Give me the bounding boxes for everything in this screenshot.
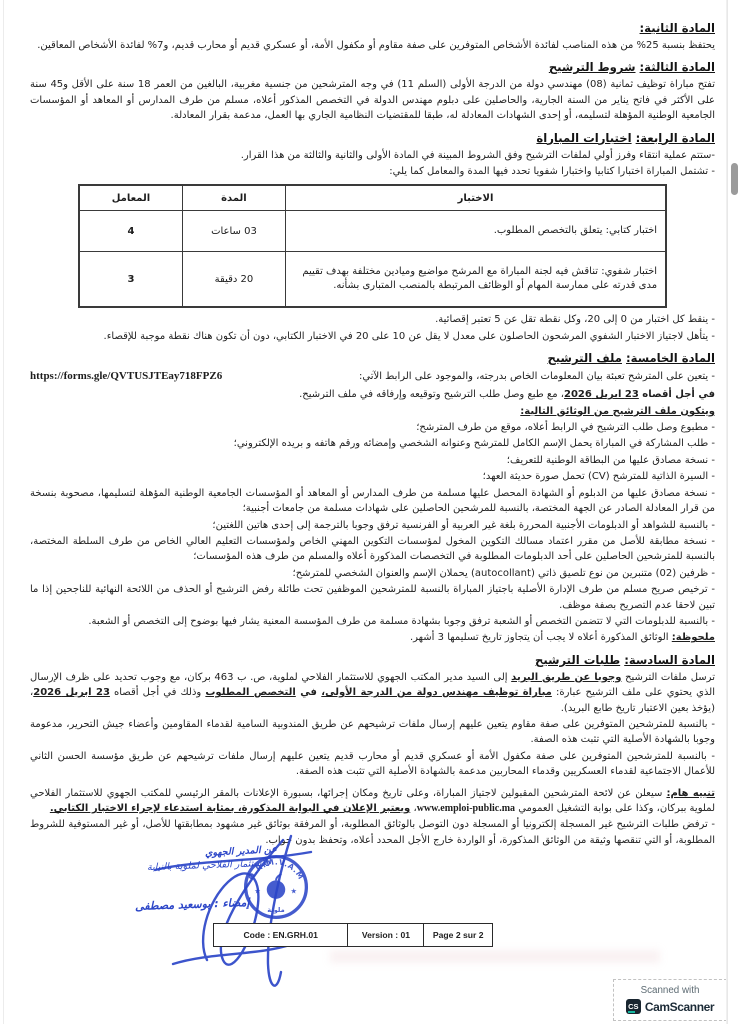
article2-heading: المادة الثانية: xyxy=(30,21,715,35)
article5-subtitle: ملف الترشيح xyxy=(547,351,622,365)
list-item: - نسخة مصادق عليها من الدبلوم أو الشهادة… xyxy=(30,486,715,517)
article6-heading-label: المادة السادسة: xyxy=(624,653,715,667)
document-footer-table: Code : EN.GRH.01 Version : 01 Page 2 sur… xyxy=(213,923,493,947)
exam-table-col-test: الاختبار xyxy=(285,185,666,211)
list-item: - السيرة الذاتية للمترشح (CV) تحمل صورة … xyxy=(30,469,715,484)
table-row: اختبار شفوي: تناقش فيه لجنة المباراة مع … xyxy=(79,252,666,308)
exam-written-duration: 03 ساعات xyxy=(182,211,285,252)
scanned-document-page: المادة الثانية: يحتفظ بنسبة 25% من هذه ا… xyxy=(0,0,741,1024)
form-link-line: - يتعين على المترشح تعبئة بيان المعلومات… xyxy=(30,368,715,385)
exam-table-col-duration: المدة xyxy=(182,185,285,211)
article4-bullet: - تشتمل المباراة اختبارا كتابيا واختبارا… xyxy=(30,164,715,179)
list-item: - بالنسبة للدبلومات التي لا تتضمن التخصص… xyxy=(30,614,715,629)
list-item: - مطبوع وصل طلب الترشيح في الرابط أعلاه،… xyxy=(30,420,715,435)
article4-subtitle: اختبارات المباراة xyxy=(536,131,631,145)
form-link-intro: - يتعين على المترشح تعبئة بيان المعلومات… xyxy=(359,369,715,385)
article4-bullet: -ستتم عملية انتقاء وفرز أولي لملفات التر… xyxy=(30,148,715,163)
article4-heading-label: المادة الرابعة: xyxy=(636,131,715,145)
important-notice: تنبيه هام: سيعلن عن لائحة المترشحين المق… xyxy=(30,786,715,817)
deadline-date: 23 ابريل 2026 xyxy=(564,389,639,400)
exam-written-test: اختبار كتابي: يتعلق بالتخصص المطلوب. xyxy=(285,211,666,252)
scan-artifact xyxy=(330,950,660,963)
rejection-clause: - ترفض طلبات الترشيح غير المسجلة إلكترون… xyxy=(30,817,715,848)
deadline-line: في أجل أقصاه 23 ابريل 2026، مع طبع وصل ط… xyxy=(30,387,715,402)
docs-note-label: ملحوظة: xyxy=(672,632,715,643)
article2-body: يحتفظ بنسبة 25% من هذه المناصب لفائدة ال… xyxy=(30,38,715,53)
article2-heading-label: المادة الثانية: xyxy=(640,21,715,35)
deadline-suffix: ، مع طبع وصل طلب الترشيح وتوقيعه وإرفاقه… xyxy=(299,389,564,400)
camscanner-icon: CS xyxy=(626,999,641,1014)
notice-label: تنبيه هام: xyxy=(666,788,715,799)
footer-page-number: Page 2 sur 2 xyxy=(424,924,492,946)
docs-note: ملحوظة: الوثائق المذكورة أعلاه لا يجب أن… xyxy=(30,630,715,645)
mail-deadline-date: 23 ابريل 2026 xyxy=(33,687,110,698)
page-right-edge xyxy=(726,0,728,1024)
exam-table-col-coef: المعامل xyxy=(79,185,183,211)
article5-heading-label: المادة الخامسة: xyxy=(626,351,715,365)
form-url: https://forms.gle/QVTUSJTEay718FPZ6 xyxy=(30,368,222,384)
article5-heading: المادة الخامسة: ملف الترشيح xyxy=(30,351,715,365)
portal-url: www.emploi-public.ma xyxy=(417,803,515,814)
footer-version: Version : 01 xyxy=(348,924,424,946)
scanned-with-label: Scanned with xyxy=(620,985,720,996)
list-item: - ظرفين (02) متنبرين من نوع تلصيق ذاتي (… xyxy=(30,566,715,581)
article6-subtitle: طلبات الترشيح xyxy=(535,653,620,667)
docs-title: ويتكون ملف الترشيح من الوثائق التالية: xyxy=(30,404,715,419)
deadline-prefix: في أجل أقصاه xyxy=(639,389,715,400)
camscanner-brand-label: CamScanner xyxy=(645,1000,714,1014)
list-item: - نسخة مطابقة للأصل من مقرر اعتماد مسالك… xyxy=(30,534,715,565)
article3-subtitle: شروط الترشيح xyxy=(549,60,636,74)
docs-note-text: الوثائق المذكورة أعلاه لا يجب أن يتجاوز … xyxy=(410,632,672,643)
article4-note: - ينقط كل اختبار من 0 إلى 20، وكل نقطة ت… xyxy=(30,312,715,327)
list-item: - طلب المشاركة في المباراة يحمل الإسم ال… xyxy=(30,436,715,451)
article4-heading: المادة الرابعة: اختبارات المباراة xyxy=(30,131,715,145)
table-row: اختبار كتابي: يتعلق بالتخصص المطلوب. 03 … xyxy=(79,211,666,252)
exam-oral-duration: 20 دقيقة xyxy=(182,252,285,308)
exam-table-header-row: الاختبار المدة المعامل xyxy=(79,185,666,211)
scrollbar-thumb[interactable] xyxy=(731,163,738,195)
article6-heading: المادة السادسة: طلبات الترشيح xyxy=(30,653,715,667)
article3-body: تفتح مباراة توظيف ثمانية (08) مهندسي دول… xyxy=(30,77,715,123)
article6-bullet: - بالنسبة للمترشحين المتوفرين على صفة مك… xyxy=(30,749,715,780)
exam-oral-coef: 3 xyxy=(79,252,183,308)
footer-code: Code : EN.GRH.01 xyxy=(214,924,348,946)
article3-heading: المادة الثالثة: شروط الترشيح xyxy=(30,60,715,74)
list-item: - نسخة مصادق عليها من البطاقة الوطنية لل… xyxy=(30,453,715,468)
camscanner-badge: Scanned with CS CamScanner xyxy=(613,979,727,1021)
exam-written-coef: 4 xyxy=(79,211,183,252)
list-item: - بالنسبة للشواهد أو الدبلومات الأجنبية … xyxy=(30,518,715,533)
list-item: - ترخيص صريح مسلم من طرف الإدارة الأصلية… xyxy=(30,582,715,613)
article6-bullet: - بالنسبة للمترشحين المتوفرين على صفة مق… xyxy=(30,717,715,748)
exam-oral-test: اختبار شفوي: تناقش فيه لجنة المباراة مع … xyxy=(285,252,666,308)
exam-table: الاختبار المدة المعامل اختبار كتابي: يتع… xyxy=(78,184,667,308)
article4-note: - يتأهل لاجتياز الاختبار الشفوي المرشحون… xyxy=(30,329,715,344)
page-left-edge xyxy=(3,0,4,1024)
article6-paragraph: ترسل ملفات الترشيح وجوبا عن طريق البريد … xyxy=(30,670,715,716)
article3-heading-label: المادة الثالثة: xyxy=(640,60,715,74)
